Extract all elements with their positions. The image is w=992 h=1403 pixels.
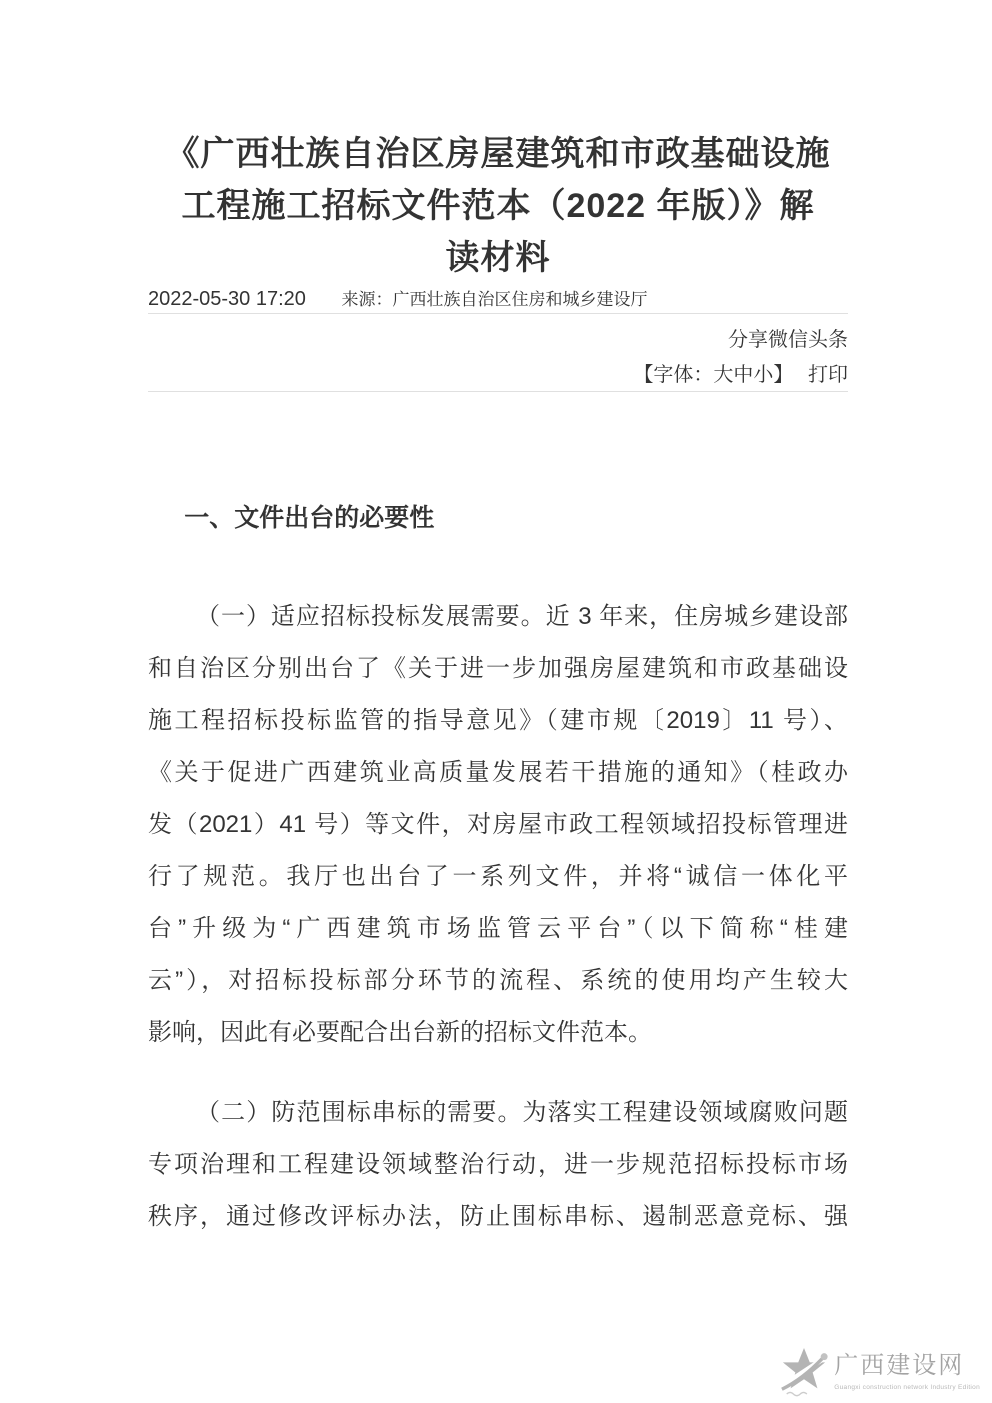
logo-text-en: Guangxi construction network Industry Ed… — [834, 1383, 980, 1392]
font-toolbar: 【字体：大中小】 打印 — [148, 364, 848, 386]
text-line: 影响，因此有必要配合出台新的招标文件范本。 — [148, 1007, 848, 1059]
text-line: （一）适应招标投标发展需要。近 3 年来，住房城乡建设部 — [148, 591, 848, 643]
paragraph: （二）防范围标串标的需要。为落实工程建设领域腐败问题专项治理和工程建设领域整治行… — [148, 1087, 848, 1243]
section-heading: 一、文件出台的必要性 — [148, 492, 848, 544]
text-line: 读材料 — [148, 232, 848, 284]
article-page: 《广西壮族自治区房屋建筑和市政基础设施工程施工招标文件范本（2022 年版）》解… — [0, 0, 992, 1403]
print-button[interactable]: 打印 — [808, 364, 848, 386]
text-line: 工程施工招标文件范本（2022 年版）》解 — [148, 180, 848, 232]
divider — [148, 391, 848, 392]
page-title: 《广西壮族自治区房屋建筑和市政基础设施工程施工招标文件范本（2022 年版）》解… — [148, 128, 848, 284]
text-line: 云”），对招标投标部分环节的流程、系统的使用均产生较大 — [148, 955, 848, 1007]
text-line: 《关于促进广西建筑业高质量发展若干措施的通知》（桂政办 — [148, 747, 848, 799]
text-line: 发（2021）41 号）等文件，对房屋市政工程领域招投标管理进 — [148, 799, 848, 851]
site-logo: 广西建设网 Guangxi construction network Indus… — [780, 1346, 980, 1398]
text-line: 台”升级为“广西建筑市场监管云平台”（以下简称“桂建 — [148, 903, 848, 955]
publish-date: 2022-05-30 17:20 — [148, 288, 306, 310]
star-icon — [780, 1346, 828, 1398]
text-line: （二）防范围标串标的需要。为落实工程建设领域腐败问题 — [148, 1087, 848, 1139]
font-size-control[interactable]: 【字体：大中小】 — [633, 364, 793, 386]
logo-text-cn: 广西建设网 — [834, 1351, 980, 1381]
share-links[interactable]: 分享微信头条 — [728, 329, 848, 351]
text-line: 和自治区分别出台了《关于进一步加强房屋建筑和市政基础设 — [148, 643, 848, 695]
text-line: 行了规范。我厅也出台了一系列文件，并将“诚信一体化平 — [148, 851, 848, 903]
logo-text: 广西建设网 Guangxi construction network Indus… — [834, 1346, 980, 1392]
text-line: 秩序，通过修改评标办法，防止围标串标、遏制恶意竞标、强 — [148, 1191, 848, 1243]
paragraph: （一）适应招标投标发展需要。近 3 年来，住房城乡建设部和自治区分别出台了《关于… — [148, 591, 848, 1059]
text-line: 《广西壮族自治区房屋建筑和市政基础设施 — [148, 128, 848, 180]
text-line: 施工程招标投标监管的指导意见》（建市规〔2019〕11 号）、 — [148, 695, 848, 747]
divider — [148, 313, 848, 314]
share-row: 分享微信头条 — [148, 329, 848, 351]
meta-row: 2022-05-30 17:20 来源：广西壮族自治区住房和城乡建设厅 — [148, 286, 848, 312]
text-line: 专项治理和工程建设领域整治行动，进一步规范招标投标市场 — [148, 1139, 848, 1191]
article-content: 《广西壮族自治区房屋建筑和市政基础设施工程施工招标文件范本（2022 年版）》解… — [148, 0, 848, 1243]
source-label: 来源：广西壮族自治区住房和城乡建设厅 — [341, 290, 647, 309]
